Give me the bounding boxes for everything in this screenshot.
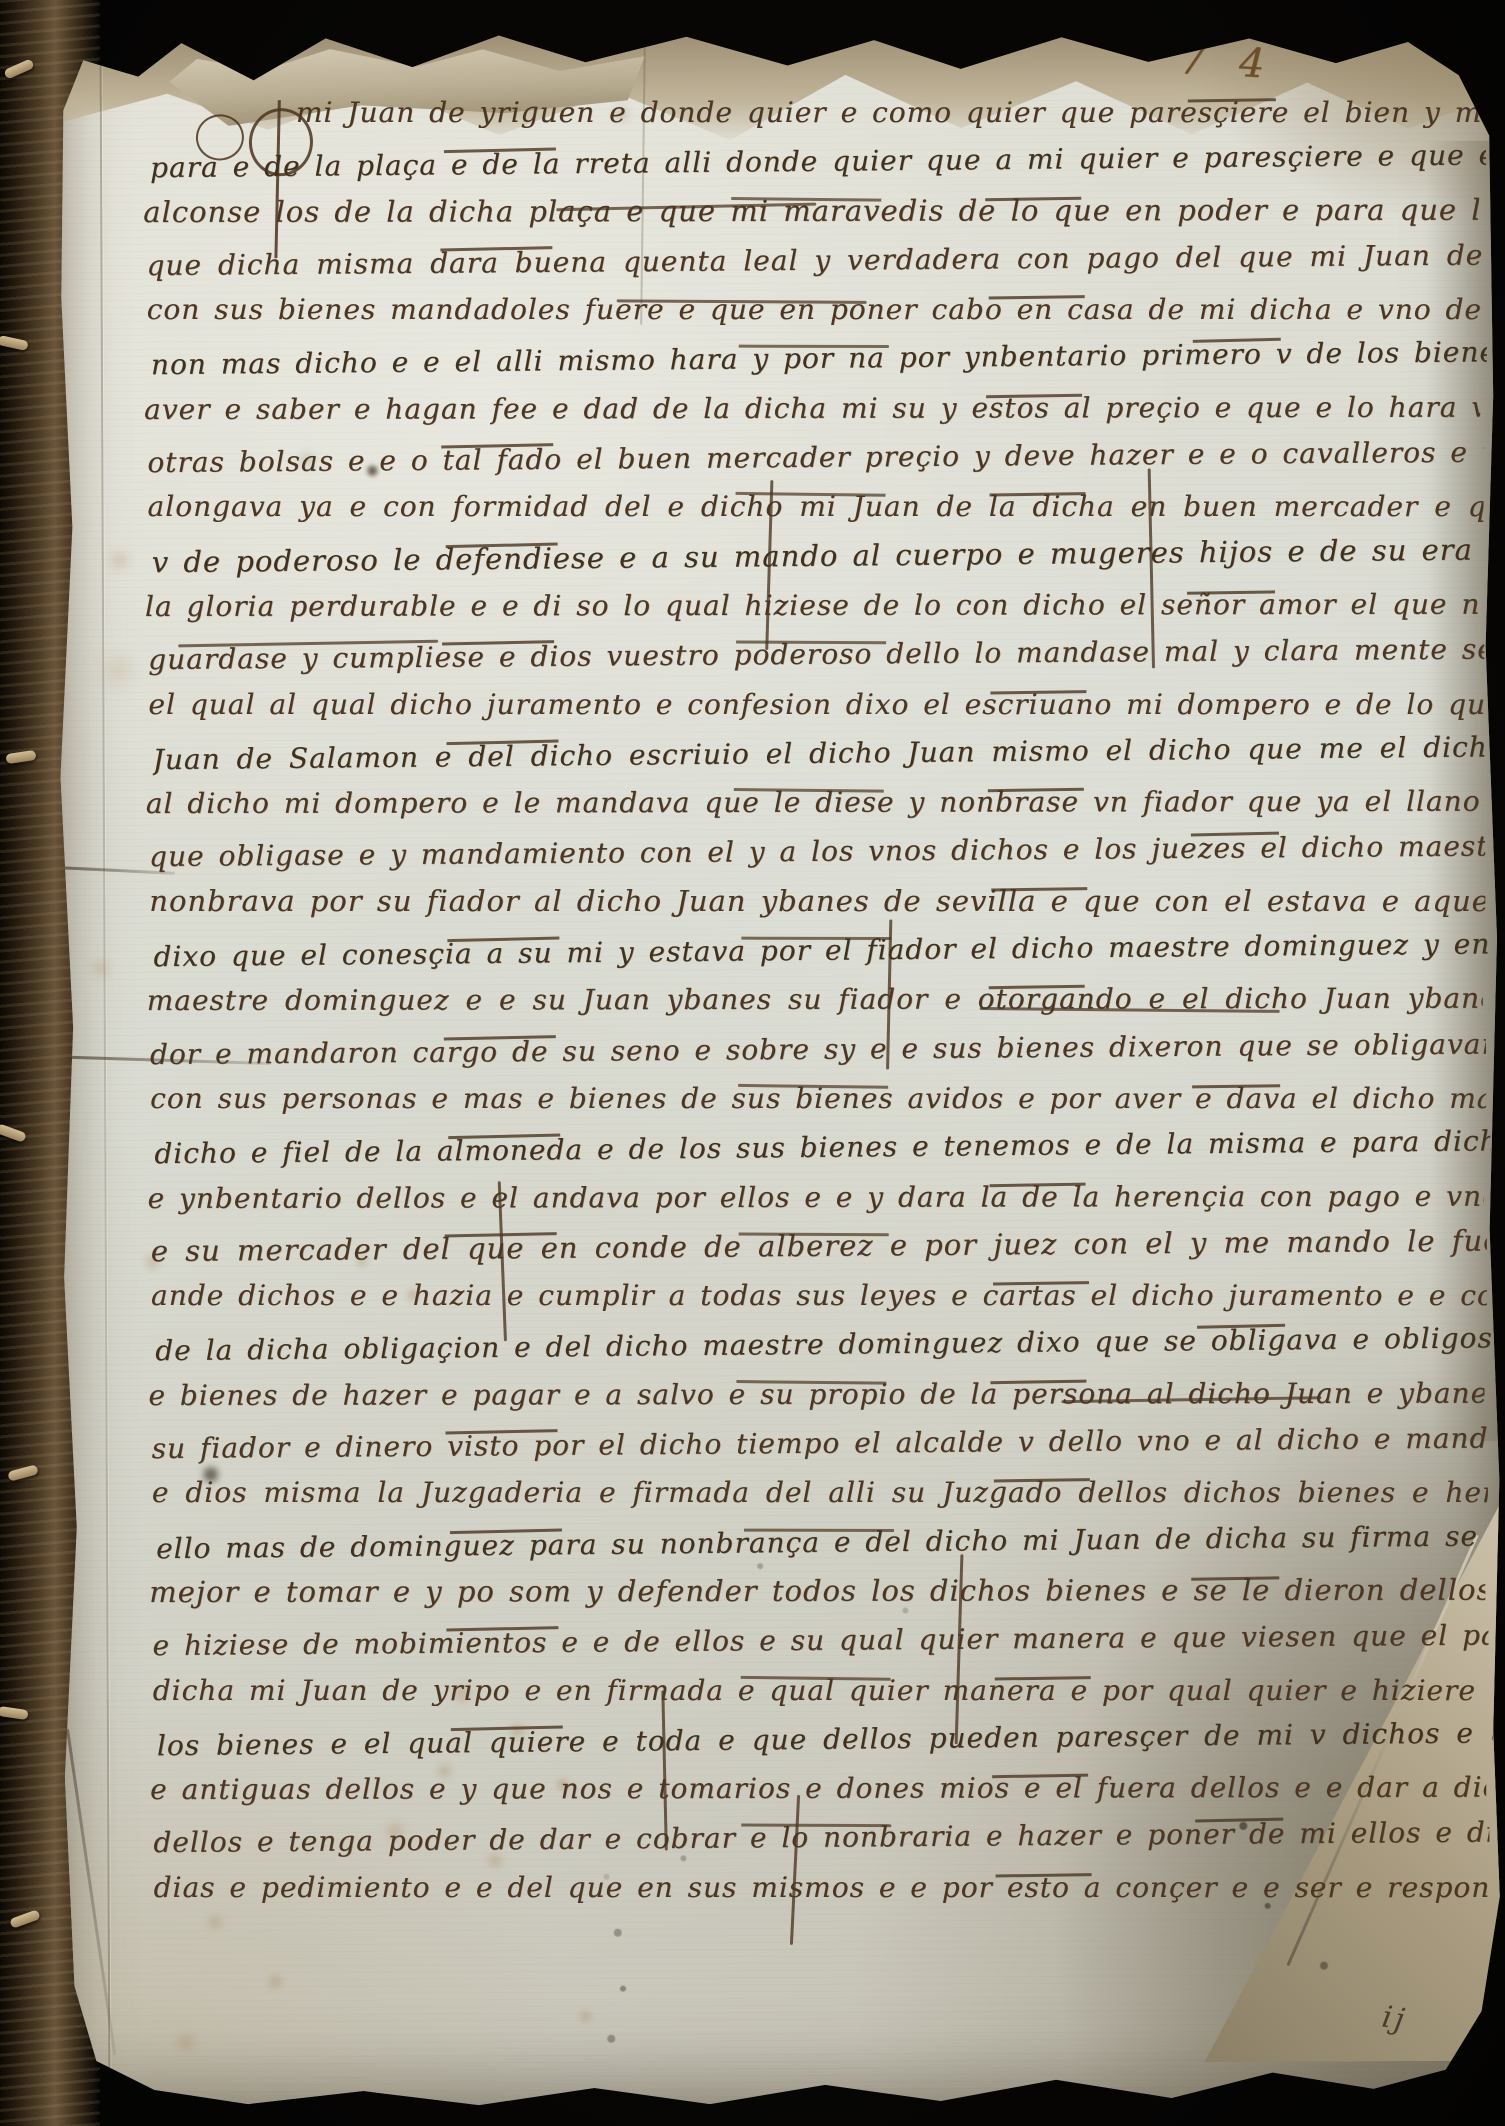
manuscript-line: dellos e tenga poder de dar e cobrar e l… (153, 1808, 1489, 1868)
manuscript-line: dor e mandaron cargo de su seno e sobre … (150, 1019, 1486, 1079)
manuscript-line: guardase y cumpliese e dios vuestro pode… (148, 625, 1484, 685)
manuscript-line: la gloria perdurable e e di so lo qual h… (145, 580, 1481, 632)
manuscript-line: ande dichos e e hazia e cumplir a todas … (151, 1271, 1487, 1320)
manuscript-line: ello mas de dominguez para su nonbrança … (156, 1511, 1492, 1573)
manuscript-line: dicha mi Juan de yripo e en firmada e qu… (153, 1665, 1489, 1714)
manuscript-line: al dicho mi dompero e le mandava que le … (146, 777, 1482, 829)
manuscript-line: aver e saber e hagan fee e dad de la dic… (144, 382, 1480, 434)
manuscript-line: non mas dicho e e el alli mismo hara y p… (151, 328, 1487, 390)
manuscript-line: nonbrava por su fiador al dicho Juan yba… (149, 877, 1485, 926)
manuscript-line: alongava ya e con formidad del e dicho m… (148, 482, 1484, 531)
text-block: mi Juan de yriguen e donde quier e como … (146, 85, 1490, 1927)
manuscript-line: Juan de Salamon e del dicho escriuio el … (152, 722, 1488, 784)
manuscript-line: su fiador e dinero visto por el dicho ti… (151, 1414, 1487, 1474)
manuscript-line: que dicha misma dara buena quenta leal y… (146, 230, 1482, 290)
manuscript-line: e hiziese de mobimientos e e de ellos e … (152, 1611, 1488, 1671)
manuscript-line: que obligase e y mandamiento con el y a … (149, 822, 1485, 882)
manuscript-line: otras bolsas e e o tal fado el buen merc… (147, 428, 1483, 488)
folio-number: 74 (1179, 37, 1300, 89)
manuscript-line: dias e pedimiento e e del que en sus mis… (154, 1863, 1490, 1912)
manuscript-line: alconse los de la dicha plaça e que mi m… (143, 185, 1479, 237)
manuscript-line: e ynbentario dellos e el andava por ello… (148, 1171, 1484, 1223)
binding-thread (3, 58, 34, 79)
binding-thread (0, 1706, 29, 1720)
manuscript-line: v de poderoso le defendiese e a su mando… (152, 525, 1488, 587)
manuscript-page: 74 mi Juan de yriguen e donde quier e co… (51, 21, 1503, 2111)
manuscript-line: mejor e tomar e y po som y defender todo… (149, 1566, 1485, 1618)
manuscript-line: el qual al qual dicho juramento e confes… (148, 679, 1484, 728)
binding-thread (0, 1123, 27, 1143)
binding-thread (5, 750, 36, 764)
manuscript-line: e su mercader del que en conde de albere… (151, 1216, 1487, 1276)
manuscript-photo: 74 mi Juan de yriguen e donde quier e co… (0, 0, 1505, 2126)
manuscript-line: con sus bienes mandadoles fuere e que en… (147, 285, 1483, 334)
manuscript-line: con sus personas e mas e bienes de sus b… (150, 1074, 1486, 1123)
binding-thread (0, 335, 29, 351)
manuscript-line: de la dicha obligaçion e del dicho maest… (155, 1314, 1491, 1376)
manuscript-line: para e de la plaça e de la rreta alli do… (150, 131, 1486, 193)
manuscript-line: e dios misma la Juzgaderia e firmada del… (152, 1468, 1488, 1517)
manuscript-line: e antiguas dellos e y que nos e tomarios… (150, 1763, 1486, 1815)
manuscript-line: dicho e fiel de la almoneda e de los sus… (154, 1117, 1490, 1179)
manuscript-line: mi Juan de yriguen e donde quier e como … (146, 88, 1482, 137)
left-fold-crease (99, 27, 110, 2111)
binding-thread (7, 1464, 39, 1481)
manuscript-line: dixo que el conesçia a su mi y estava po… (153, 919, 1489, 981)
binding-thread (9, 1909, 41, 1929)
manuscript-line: e bienes de hazer e pagar e a salvo e su… (148, 1368, 1484, 1420)
manuscript-line: los bienes e el qual quiere e toda e que… (157, 1708, 1493, 1770)
manuscript-line: maestre dominguez e e su Juan ybanes su … (147, 974, 1483, 1026)
